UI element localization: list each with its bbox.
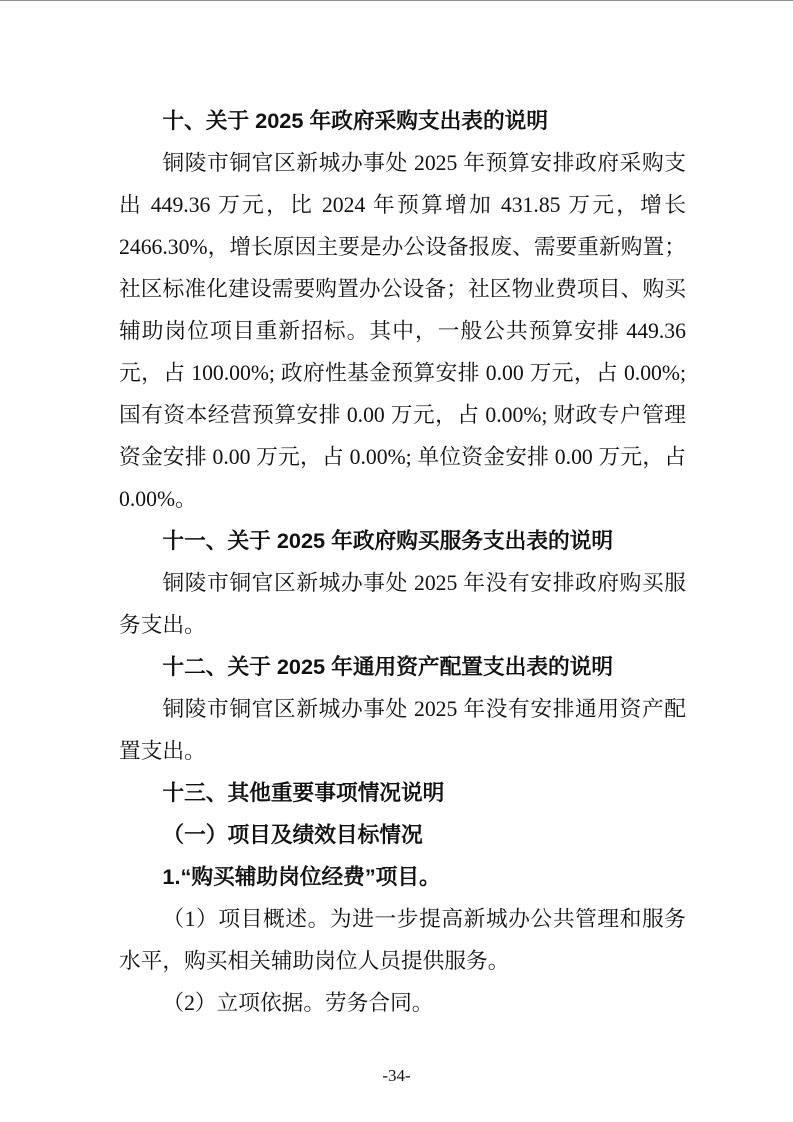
text-line: （2）立项依据。劳务合同。 [119, 982, 686, 1024]
text-line: 置支出。 [119, 730, 686, 772]
text-line: 社区标准化建设需要购置办公设备；社区物业费项目、购买 [119, 268, 686, 310]
text-line: 十三、其他重要事项情况说明 [119, 772, 686, 814]
paragraph: 铜陵市铜官区新城办事处 2025 年预算安排政府采购支出 449.36 万元，比… [119, 142, 686, 520]
section-heading: 十一、关于 2025 年政府购买服务支出表的说明 [119, 520, 686, 562]
text-line: 1.“购买辅助岗位经费”项目。 [119, 856, 686, 898]
text-line: 元，占 100.00%; 政府性基金预算安排 0.00 万元，占 0.00%; [119, 352, 686, 394]
text-line: 铜陵市铜官区新城办事处 2025 年预算安排政府采购支 [119, 142, 686, 184]
text-line: 十二、关于 2025 年通用资产配置支出表的说明 [119, 646, 686, 688]
text-line: 十、关于 2025 年政府采购支出表的说明 [119, 100, 686, 142]
text-line: 出 449.36 万元，比 2024 年预算增加 431.85 万元，增长 [119, 184, 686, 226]
section-heading: 1.“购买辅助岗位经费”项目。 [119, 856, 686, 898]
text-line: 铜陵市铜官区新城办事处 2025 年没有安排政府购买服 [119, 562, 686, 604]
text-line: （1）项目概述。为进一步提高新城办公共管理和服务 [119, 898, 686, 940]
paragraph: （2）立项依据。劳务合同。 [119, 982, 686, 1024]
page-top-edge [0, 0, 793, 1]
text-line: （一）项目及绩效目标情况 [119, 814, 686, 856]
text-line: 资金安排 0.00 万元，占 0.00%; 单位资金安排 0.00 万元，占 [119, 436, 686, 478]
text-line: 辅助岗位项目重新招标。其中，一般公共预算安排 449.36 万 [119, 310, 686, 352]
text-line: 2466.30%，增长原因主要是办公设备报废、需要重新购置； [119, 226, 686, 268]
text-line: 水平，购买相关辅助岗位人员提供服务。 [119, 940, 686, 982]
text-line: 0.00%。 [119, 478, 686, 520]
section-heading: 十二、关于 2025 年通用资产配置支出表的说明 [119, 646, 686, 688]
paragraph: 铜陵市铜官区新城办事处 2025 年没有安排通用资产配置支出。 [119, 688, 686, 772]
paragraph: 铜陵市铜官区新城办事处 2025 年没有安排政府购买服务支出。 [119, 562, 686, 646]
text-line: 务支出。 [119, 604, 686, 646]
paragraph: （1）项目概述。为进一步提高新城办公共管理和服务水平，购买相关辅助岗位人员提供服… [119, 898, 686, 982]
section-heading: 十三、其他重要事项情况说明 [119, 772, 686, 814]
section-heading: 十、关于 2025 年政府采购支出表的说明 [119, 100, 686, 142]
document-page: 十、关于 2025 年政府采购支出表的说明铜陵市铜官区新城办事处 2025 年预… [0, 0, 793, 1122]
text-line: 铜陵市铜官区新城办事处 2025 年没有安排通用资产配 [119, 688, 686, 730]
text-line: 十一、关于 2025 年政府购买服务支出表的说明 [119, 520, 686, 562]
text-line: 国有资本经营预算安排 0.00 万元，占 0.00%; 财政专户管理 [119, 394, 686, 436]
section-heading: （一）项目及绩效目标情况 [119, 814, 686, 856]
page-number: -34- [0, 1064, 793, 1088]
document-body: 十、关于 2025 年政府采购支出表的说明铜陵市铜官区新城办事处 2025 年预… [119, 100, 686, 1024]
